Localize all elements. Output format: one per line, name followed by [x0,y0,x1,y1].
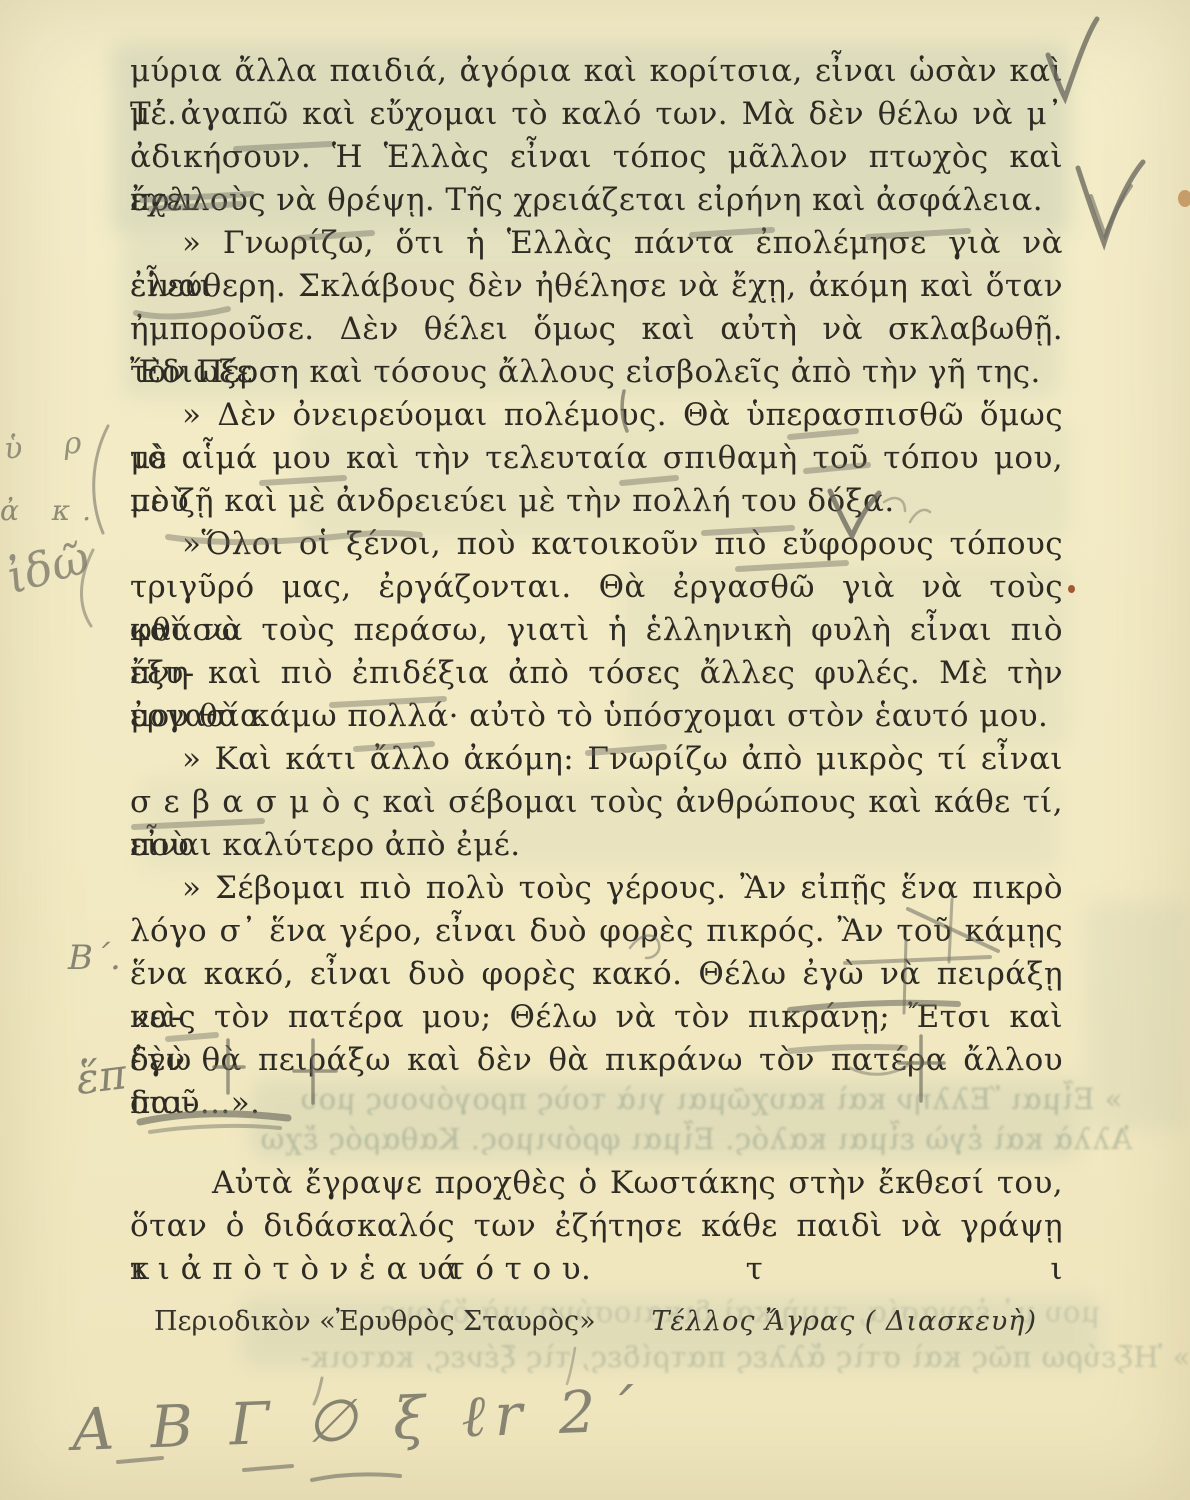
text-line: » Σέβομαι πιὸ πολὺ τοὺς γέρους. Ἂν εἰπῇς… [130,867,1063,910]
text-line: δὲν θὰ πειράξω καὶ δὲν θὰ πικράνω τὸν πα… [130,1039,1063,1082]
text-line: μὲ ζῇ καὶ μὲ ἀνδρειεύει μὲ τὴν πολλή του… [130,480,1063,523]
text-line: τριγῦρό μας, ἐργάζονται. Θὰ ἐργασθῶ γιὰ … [130,566,1063,609]
scanned-page: » Εἶμαι Ἕλλην καὶ καυχῶμαι γιὰ τοὺς προγ… [0,0,1190,1500]
text-line: ὅταν ὁ διδάσκαλός των ἐζήτησε κάθε παιδὶ… [130,1205,1063,1248]
text-line: διοῦ...». [130,1082,1063,1125]
pencil-underline [244,1466,292,1470]
text-line: ἀδικήσουν. Ἡ Ἑλλὰς εἶναι τόπος μᾶλλον πτ… [130,136,1063,179]
paper-speck [1068,585,1075,593]
text-line: » Γνωρίζω, ὅτι ἡ Ἑλλὰς πάντα ἐπολέμησε γ… [130,222,1063,265]
text-line: Τ᾽ ἀγαπῶ καὶ εὔχομαι τὸ καλό των. Μὰ δὲν… [130,93,1063,136]
text-line: λόγο σ᾽ ἕνα γέρο, εἶναι δυὸ φορὲς πικρός… [130,910,1063,953]
text-line: τὸν Πέρση καὶ τόσους ἄλλους εἰσβολεῖς ἀπ… [130,351,1063,394]
paper-speck [1178,190,1190,207]
text-line: Αὐτὰ ἔγραψε προχθὲς ὁ Κωστάκης στὴν ἔκθε… [130,1162,1063,1205]
bleedthrough-text: » Ἠξεύρω πῶς καὶ στὶς ἄλλες πατρίδες, τὶ… [300,1340,1190,1374]
pencil-margin-note: ὑ ρ [3,424,99,467]
pencil-checkmark-icon [1078,162,1143,243]
text-line: ἠμποροῦσε. Δὲν θέλει ὅμως καὶ αὐτὴ νὰ σκ… [130,308,1063,351]
text-line: » Δὲν ὀνειρεύομαι πολέμους. Θὰ ὑπερασπισ… [130,394,1063,437]
text-line: ἕνα κακό, εἶναι δυὸ φορὲς κακό. Θέλω ἐγὼ… [130,953,1063,996]
pencil-bottom-scribble: Α Β Γ ∅ ξ ℓr 2΄ [71,1376,644,1464]
pencil-margin-note: Β΄. [68,938,121,978]
text-line: εἶναι καλύτερο ἀπὸ ἐμέ. [130,824,1063,867]
text-line: πνη καὶ πιὸ ἐπιδέξια ἀπὸ τόσες ἄλλες φυλ… [130,652,1063,695]
text-line: » Καὶ κάτι ἄλλο ἀκόμη: Γνωρίζω ἀπὸ μικρὸ… [130,738,1063,781]
author-label: Τέλλος Ἄγρας ( Διασκευὴ) [651,1306,1063,1337]
pencil-underline [312,1474,400,1480]
text-line: σ ε β α σ μ ὸ ς καὶ σέβομαι τοὺς ἀνθρώπο… [130,781,1063,824]
text-line: μου θὰ κάμω πολλά· αὐτὸ τὸ ὑπόσχομαι στὸ… [130,695,1063,738]
pencil-margin-note: ἀ κ. [0,494,103,527]
text-line: μύρια ἄλλα παιδιά, ἀγόρια καὶ κορίτσια, … [130,50,1063,93]
source-label: Περιοδικὸν «Ἐρυθρὸς Σταυρὸς» [130,1306,596,1337]
footer: Περιοδικὸν «Ἐρυθρὸς Σταυρὸς» Τέλλος Ἄγρα… [130,1306,1063,1337]
text-line: τὸ αἷμά μου καὶ τὴν τελευταία σπιθαμὴ το… [130,437,1063,480]
text-line: πολλοὺς νὰ θρέψῃ. Τῆς χρειάζεται εἰρήνη … [130,179,1063,222]
pencil-checkmark-icon [1091,186,1131,235]
text-line: ἐλεύθερη. Σκλάβους δὲν ἠθέλησε νὰ ἔχῃ, ἀ… [130,265,1063,308]
text-line: »Ὅλοι οἱ ξένοι, ποὺ κατοικοῦν πιὸ εὔφορο… [130,523,1063,566]
pencil-margin-note: ἕπ [73,1049,129,1104]
pencil-margin-note: ἰδῶ [0,530,95,605]
text-line: νεὶς τὸν πατέρα μου; Θέλω νὰ τὸν πικράνῃ… [130,996,1063,1039]
body-text: μύρια ἄλλα παιδιά, ἀγόρια καὶ κορίτσια, … [130,50,1063,1291]
text-line: καὶ νὰ τοὺς περάσω, γιατὶ ἡ ἑλληνικὴ φυλ… [130,609,1063,652]
